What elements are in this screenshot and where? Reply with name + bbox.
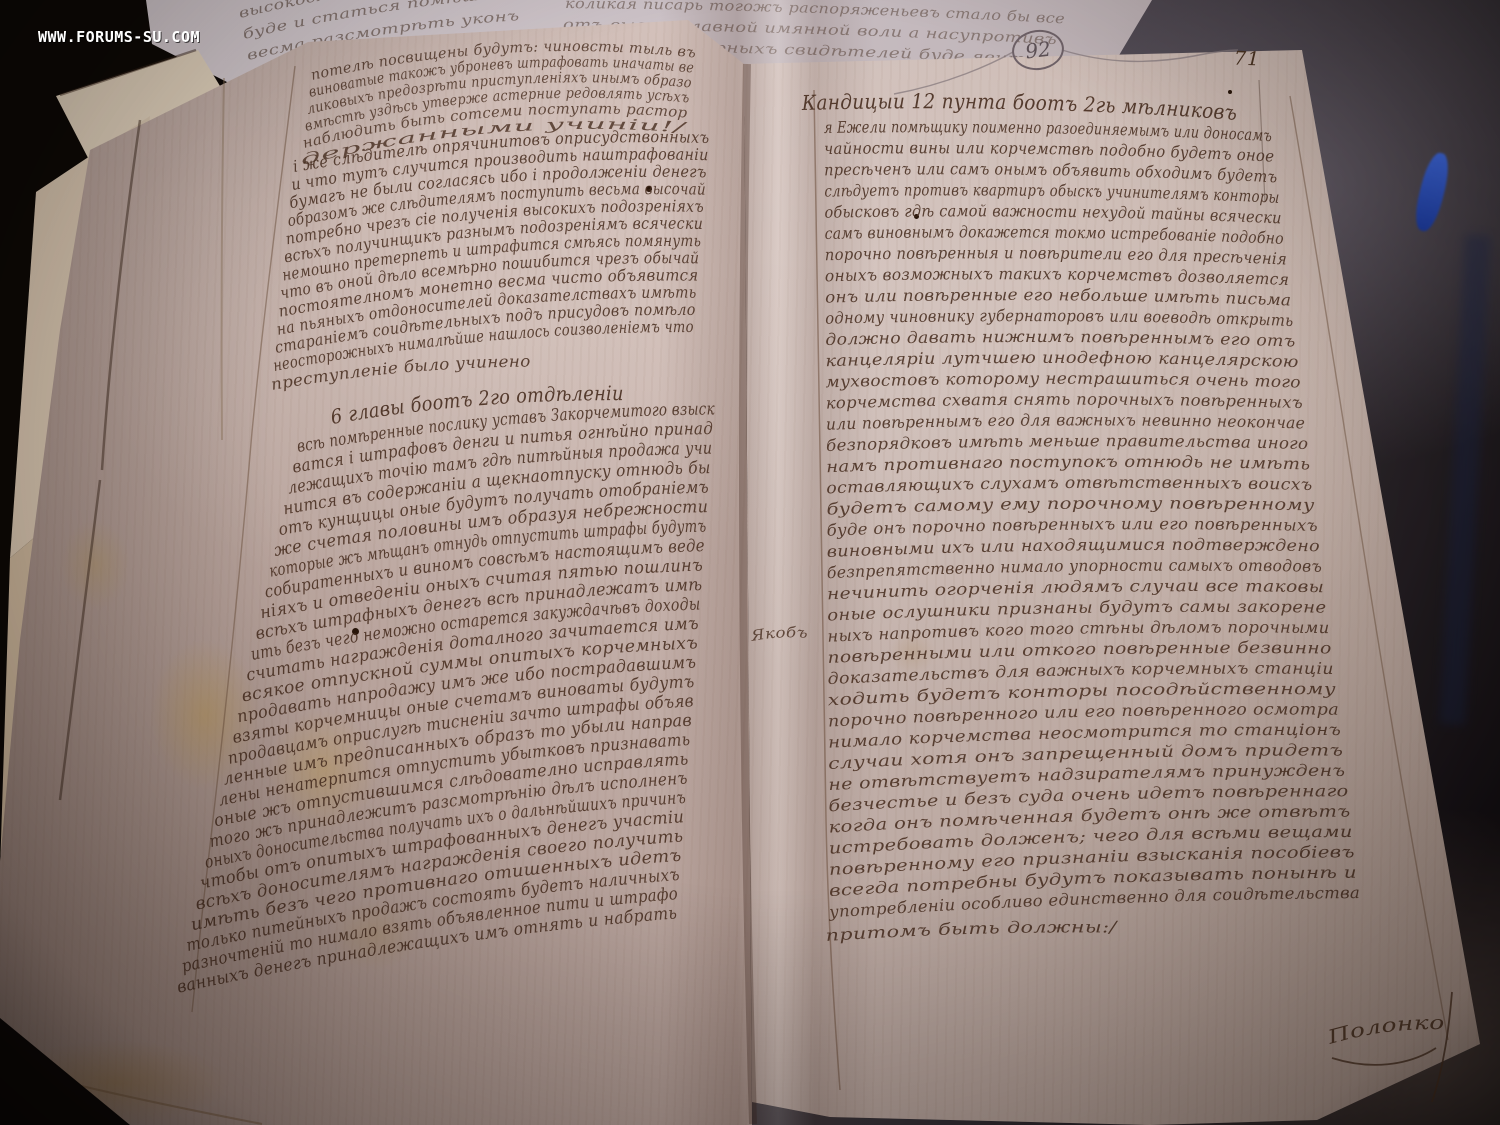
ink-page-number: 71 — [1234, 48, 1261, 71]
photo-of-open-manuscript-book: высокославной воли тогожъбуде и статься … — [0, 0, 1500, 1125]
circled-number-text: 92 — [1024, 37, 1052, 64]
forum-watermark: WWW.FORUMS-SU.COM — [38, 28, 200, 46]
